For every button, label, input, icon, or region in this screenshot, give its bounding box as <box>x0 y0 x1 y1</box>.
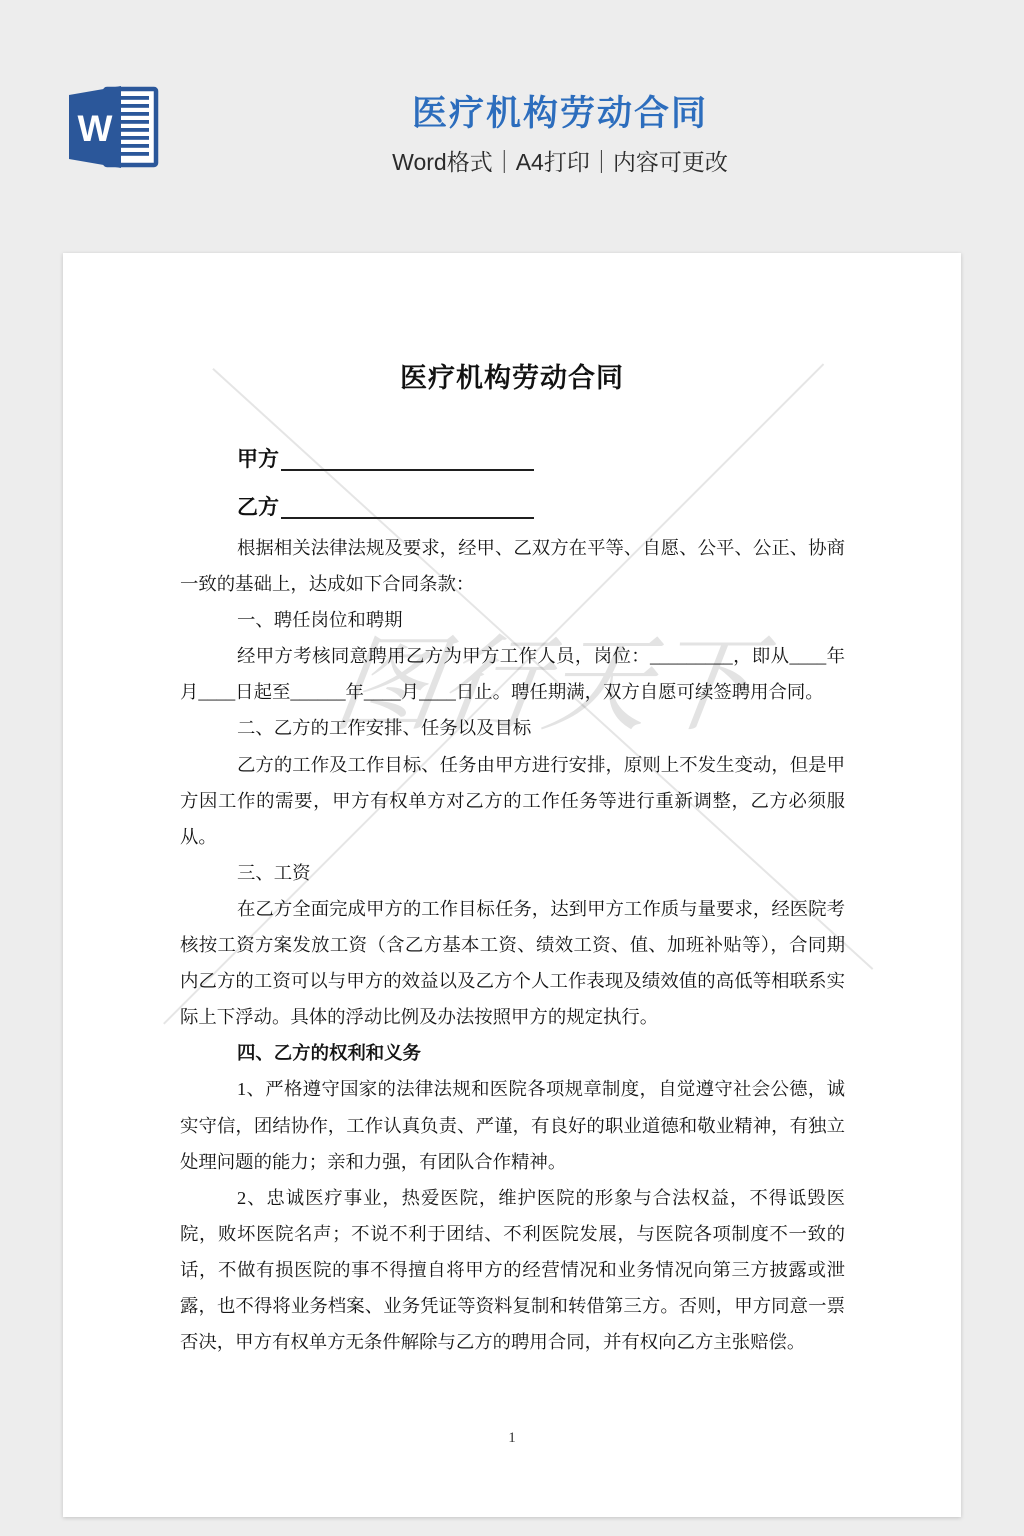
contract-paragraph: 在乙方全面完成甲方的工作目标任务，达到甲方工作质与量要求，经医院考核按工资方案发… <box>180 891 845 1035</box>
contract-paragraph: 乙方的工作及工作目标、任务由甲方进行安排，原则上不发生变动，但是甲方因工作的需要… <box>180 747 845 855</box>
section-heading-1: 一、聘任岗位和聘期 <box>180 602 845 638</box>
party-block: 甲方 乙方 <box>237 434 961 530</box>
word-icon: W <box>64 84 160 170</box>
contract-paragraph: 经甲方考核同意聘用乙方为甲方工作人员，岗位：_________，即从____年月… <box>180 638 845 710</box>
document-page: 图行天下 医疗机构劳动合同 甲方 乙方 根据相关法律法规及要求，经甲、乙双方在平… <box>63 253 961 1517</box>
contract-paragraph: 2、忠诚医疗事业，热爱医院，维护医院的形象与合法权益，不得诋毁医院，败坏医院名声… <box>180 1180 845 1360</box>
section-heading-4: 四、乙方的权利和义务 <box>180 1035 845 1071</box>
document-title: 医疗机构劳动合同 <box>63 253 961 392</box>
party-a-blank <box>281 445 534 471</box>
party-b-blank <box>281 493 534 519</box>
party-a-line: 甲方 <box>237 434 961 482</box>
document-content: 医疗机构劳动合同 甲方 乙方 根据相关法律法规及要求，经甲、乙双方在平等、自愿、… <box>63 253 961 1360</box>
section-heading-3: 三、工资 <box>180 855 845 891</box>
party-b-label: 乙方 <box>237 491 279 521</box>
contract-body: 根据相关法律法规及要求，经甲、乙双方在平等、自愿、公平、公正、协商一致的基础上，… <box>180 530 845 1360</box>
screenshot-root: { "header": { "title": "医疗机构劳动合同", "subt… <box>0 0 1024 1536</box>
contract-paragraph: 1、严格遵守国家的法律法规和医院各项规章制度，自觉遵守社会公德，诚实守信，团结协… <box>180 1071 845 1179</box>
contract-paragraph: 根据相关法律法规及要求，经甲、乙双方在平等、自愿、公平、公正、协商一致的基础上，… <box>180 530 845 602</box>
page-number: 1 <box>63 1430 961 1447</box>
party-a-label: 甲方 <box>237 443 279 473</box>
svg-text:W: W <box>78 108 113 149</box>
template-header: W 医疗机构劳动合同 Word格式｜A4打印｜内容可更改 <box>0 0 1024 253</box>
template-title: 医疗机构劳动合同 <box>96 94 1024 134</box>
template-subtitle: Word格式｜A4打印｜内容可更改 <box>96 147 1024 177</box>
section-heading-2: 二、乙方的工作安排、任务以及目标 <box>180 710 845 746</box>
party-b-line: 乙方 <box>237 482 961 530</box>
